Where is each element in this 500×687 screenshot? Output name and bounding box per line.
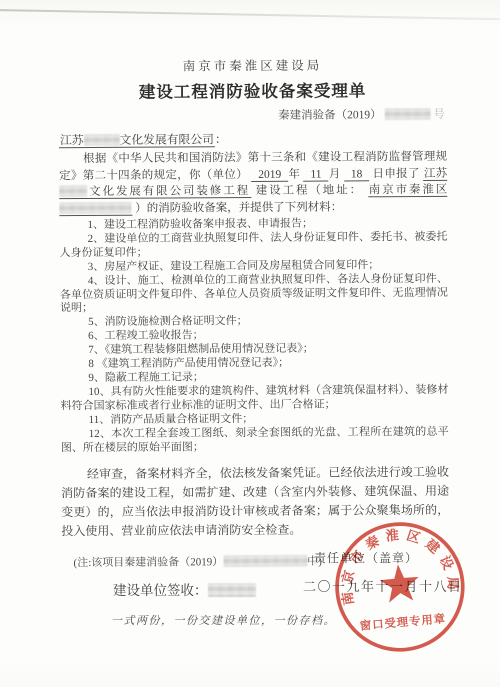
project-suffix: 文化发展有限公司装修工程	[87, 185, 250, 198]
addressee-prefix: 江苏	[60, 133, 84, 147]
document-number-prefix: 秦建消验备（2019）	[278, 109, 382, 122]
paper-edge-line	[0, 9, 500, 20]
project-prefix: 江苏	[424, 167, 447, 179]
filing-year: 2019	[251, 168, 288, 181]
list-item: 12、本次工程全套竣工图纸、刻录全套图纸的光盘、工程所在建筑的总平图、所在楼层的…	[61, 425, 449, 455]
scanned-document-page: 南京市秦淮区建设局 建设工程消防验收备案受理单 秦建消验备（2019） 号 江苏…	[0, 0, 500, 687]
redacted-document-number	[384, 108, 430, 120]
note-prefix: (注:该项目秦建消验备（2019）	[73, 557, 223, 570]
month-unit: 月	[329, 168, 341, 180]
list-item: 10、具有防火性能要求的建筑构件、建筑材料（含建筑保温材料）、装修材料符合国家标…	[60, 384, 448, 414]
redacted-note-number	[223, 555, 307, 568]
materials-list: 1、建设工程消防验收备案申报表、申请报告； 2、建设单位的工商营业执照复印件、法…	[59, 217, 448, 456]
list-item: 4、设计、施工、检测单位的工商营业执照复印件、各法人身份证复印件、各单位资质证明…	[60, 272, 448, 316]
acceptance-date: 二〇一九年十一月十八日	[303, 576, 463, 595]
receipt-label: 建设单位签收：	[113, 583, 208, 598]
year-unit: 年	[288, 168, 300, 180]
intro-paragraph: 根据《中华人民共和国消防法》第十三条和《建设工程消防监督管理规定》第二十四条的规…	[59, 149, 447, 217]
issuing-bureau-name: 南京市秦淮区建设局	[58, 55, 446, 75]
filing-month: 11	[303, 168, 328, 181]
stamp-banner-text: 窗口受理专用章	[359, 611, 446, 632]
intro-mid-text: 日申报了	[372, 167, 419, 179]
copies-note: 一式两份，一份交建设单位，一份存档。	[111, 612, 336, 628]
redacted-project-name	[59, 185, 87, 197]
document-number: 秦建消验备（2019） 号	[59, 106, 447, 124]
addressee-suffix: 文化发展有限公司	[120, 132, 214, 147]
redacted-addressee	[84, 134, 120, 146]
address-prefix: 南京市秦淮区	[369, 184, 448, 196]
addressee-name: 江苏文化发展有限公司	[59, 132, 215, 148]
redacted-address	[59, 201, 131, 213]
document-title: 建设工程消防验收备案受理单	[59, 77, 447, 103]
document-body: 南京市秦淮区建设局 建设工程消防验收备案受理单 秦建消验备（2019） 号 江苏…	[58, 55, 449, 571]
review-conclusion-paragraph: 经审查，备案材料齐全，依法核发备案凭证。已经依法进行竣工验收消防备案的建设工程，…	[61, 463, 449, 541]
intro-address-label: 建设工程（地址：	[256, 184, 363, 197]
addressee-line: 江苏文化发展有限公司：	[59, 129, 447, 148]
intro-tail-text: ）的消防验收备案，并提供了下列材料：	[135, 201, 342, 214]
addressee-colon: ：	[215, 132, 227, 146]
document-number-suffix: 号	[433, 109, 445, 121]
construction-unit-receipt-line: 建设单位签收：	[113, 579, 256, 599]
filing-day: 18	[344, 168, 370, 181]
redacted-signee-name	[208, 583, 256, 597]
responsible-unit-label: 责任单位（盖章）	[314, 549, 418, 566]
list-item: 2、建设单位的工商营业执照复印件、法人身份证复印件、委托书、被委托人身份证复印件…	[60, 231, 448, 261]
